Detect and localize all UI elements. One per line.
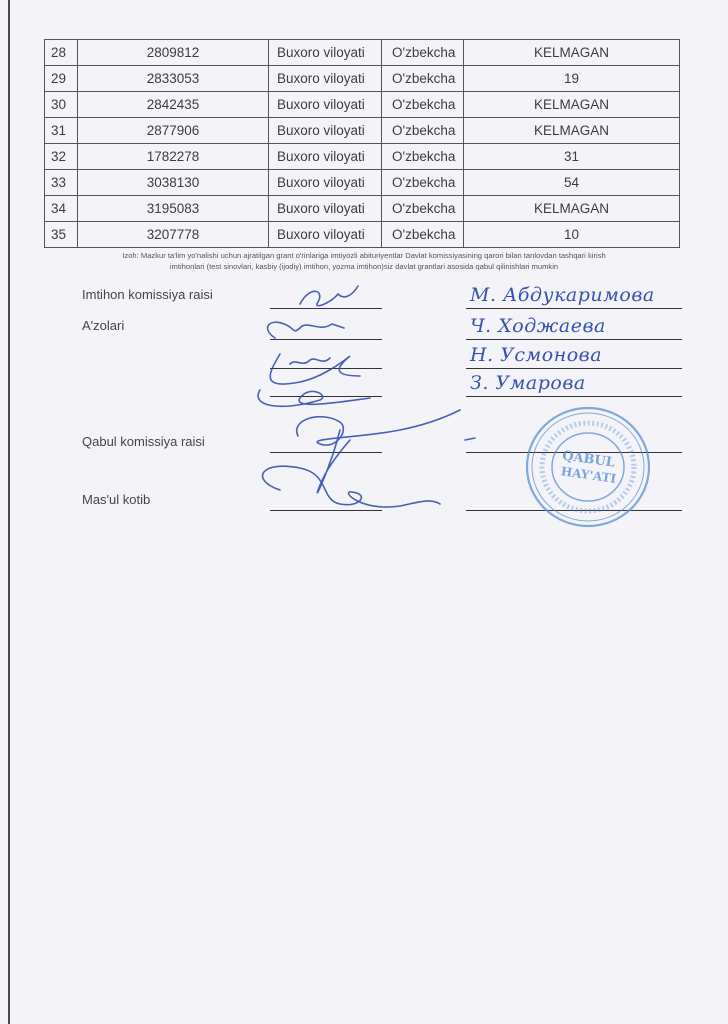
result-cell: KELMAGAN <box>464 118 680 144</box>
table-row: 292833053Buxoro viloyatiO'zbekcha19 <box>45 66 680 92</box>
language-cell: O'zbekcha <box>382 118 464 144</box>
region-cell: Buxoro viloyati <box>269 92 382 118</box>
page-edge <box>8 0 10 1024</box>
language-cell: O'zbekcha <box>382 40 464 66</box>
footnote: Izoh: Mazkur ta'lim yo'nalishi uchun ajr… <box>44 250 684 272</box>
language-cell: O'zbekcha <box>382 144 464 170</box>
language-cell: O'zbekcha <box>382 222 464 248</box>
table-row: 312877906Buxoro viloyatiO'zbekchaKELMAGA… <box>45 118 680 144</box>
result-cell: KELMAGAN <box>464 92 680 118</box>
official-stamp: QABUL HAY'ATI <box>524 405 652 529</box>
result-cell: 10 <box>464 222 680 248</box>
table-row: 321782278Buxoro viloyatiO'zbekcha31 <box>45 144 680 170</box>
result-cell: 31 <box>464 144 680 170</box>
region-cell: Buxoro viloyati <box>269 144 382 170</box>
row-number-cell: 29 <box>45 66 78 92</box>
language-cell: O'zbekcha <box>382 196 464 222</box>
results-table: 282809812Buxoro viloyatiO'zbekchaKELMAGA… <box>44 39 680 248</box>
secretary-label: Mas'ul kotib <box>82 492 150 507</box>
applicant-id-cell: 3207778 <box>78 222 269 248</box>
language-cell: O'zbekcha <box>382 66 464 92</box>
region-cell: Buxoro viloyati <box>269 170 382 196</box>
result-cell: 54 <box>464 170 680 196</box>
exam-chair-label: Imtihon komissiya raisi <box>82 287 213 302</box>
result-cell: KELMAGAN <box>464 196 680 222</box>
table-row: 353207778Buxoro viloyatiO'zbekcha10 <box>45 222 680 248</box>
table-row: 302842435Buxoro viloyatiO'zbekchaKELMAGA… <box>45 92 680 118</box>
language-cell: O'zbekcha <box>382 92 464 118</box>
applicant-id-cell: 1782278 <box>78 144 269 170</box>
result-cell: KELMAGAN <box>464 40 680 66</box>
applicant-id-cell: 3195083 <box>78 196 269 222</box>
row-number-cell: 30 <box>45 92 78 118</box>
row-number-cell: 34 <box>45 196 78 222</box>
row-number-cell: 35 <box>45 222 78 248</box>
applicant-id-cell: 2833053 <box>78 66 269 92</box>
table-row: 333038130Buxoro viloyatiO'zbekcha54 <box>45 170 680 196</box>
region-cell: Buxoro viloyati <box>269 66 382 92</box>
region-cell: Buxoro viloyati <box>269 118 382 144</box>
members-label: A'zolari <box>82 318 124 333</box>
table-row: 343195083Buxoro viloyatiO'zbekchaKELMAGA… <box>45 196 680 222</box>
table-row: 282809812Buxoro viloyatiO'zbekchaKELMAGA… <box>45 40 680 66</box>
admission-chair-label: Qabul komissiya raisi <box>82 434 205 449</box>
region-cell: Buxoro viloyati <box>269 40 382 66</box>
row-number-cell: 33 <box>45 170 78 196</box>
region-cell: Buxoro viloyati <box>269 222 382 248</box>
applicant-id-cell: 2809812 <box>78 40 269 66</box>
footnote-line-2: imtihonlari (test sinovlari, kasbiy (ijo… <box>44 261 684 272</box>
result-cell: 19 <box>464 66 680 92</box>
row-number-cell: 31 <box>45 118 78 144</box>
signature-scribbles <box>240 280 500 530</box>
applicant-id-cell: 2842435 <box>78 92 269 118</box>
applicant-id-cell: 3038130 <box>78 170 269 196</box>
applicant-id-cell: 2877906 <box>78 118 269 144</box>
region-cell: Buxoro viloyati <box>269 196 382 222</box>
row-number-cell: 28 <box>45 40 78 66</box>
footnote-line-1: Izoh: Mazkur ta'lim yo'nalishi uchun ajr… <box>44 250 684 261</box>
language-cell: O'zbekcha <box>382 170 464 196</box>
row-number-cell: 32 <box>45 144 78 170</box>
